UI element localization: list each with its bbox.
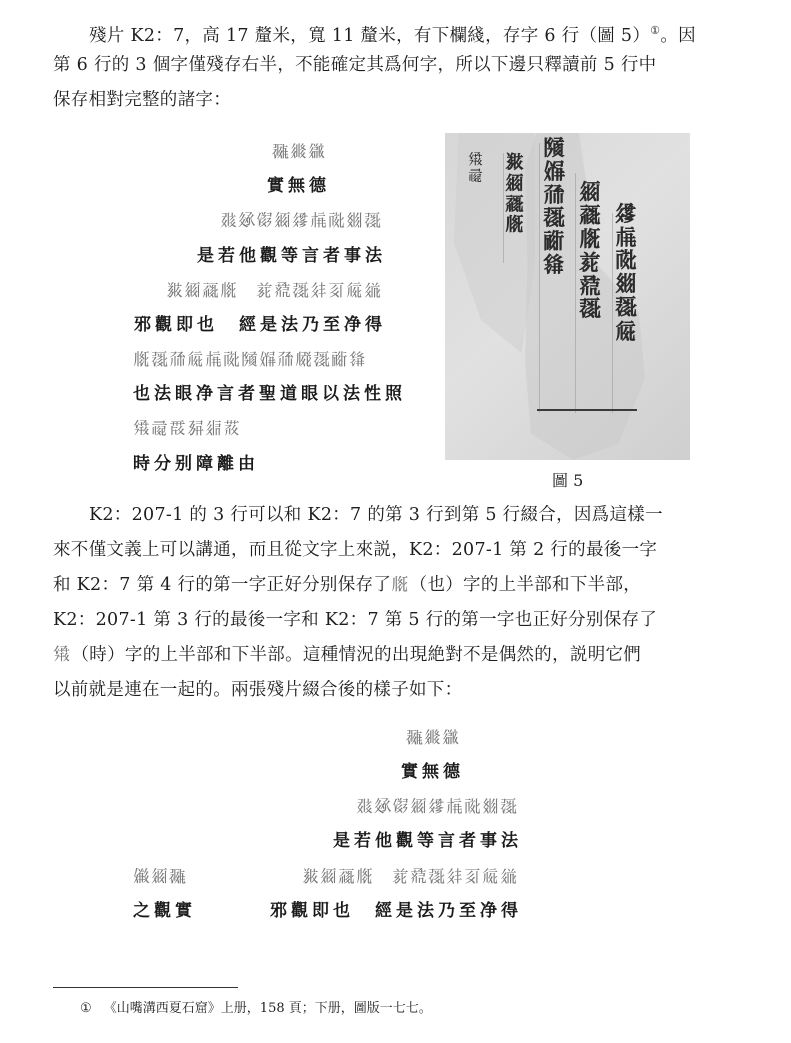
paragraph-1-line-2: 第 6 行的 3 個字僅殘存右半，不能確定其爲何字，所以下邊只釋讀前 5 行中 (53, 48, 693, 83)
chinese-line: 邪觀即也 經是法乃至净得 (130, 314, 386, 336)
tangut-line: 𗖵𗦫𗫡 (130, 141, 326, 163)
tangut-line: 𗖵𗦫𗫡 (250, 727, 460, 749)
tangut-line: 𗋽𗕣𘟀𗉘𗤋𗚛 (133, 418, 241, 440)
tangut-char: 𗅋 (391, 575, 410, 595)
photo-column: 𗥃𗹙𗅋𗐱𘟣𗖰 (577, 179, 602, 320)
chinese-line: 實無德 (130, 175, 330, 197)
column-rule (539, 143, 540, 413)
paragraph-1: 殘片 K2：7，高 17 釐米，寬 11 釐米，有下欄綫，存字 6 行（圖 5）… (53, 13, 693, 118)
tangut-line: 𗅋𗖰𗗙𗏁𗍫𗍺𗂧𗏵𗗙𗆧𗖰𗠁𗌭 (133, 349, 367, 371)
photo-column: 𗂧𗏵𗗙𗖰𗠁𗌭 (541, 135, 566, 276)
footnote-marker: ① (80, 1001, 92, 1016)
chinese-line: 也法眼净言者聖道眼以法性照 (133, 383, 406, 405)
chinese-line: 是若他觀等言者事法 (130, 245, 386, 267)
chinese-line: 時分别障離由 (133, 453, 259, 475)
paragraph-2-line-6: 以前就是連在一起的。兩張殘片綴合後的樣子如下： (53, 673, 693, 708)
chinese-line: 是若他觀等言者事法 (250, 830, 522, 852)
paragraph-2: K2：207-1 的 3 行可以和 K2：7 的第 3 行到第 5 行綴合，因爲… (53, 498, 693, 708)
footnote-divider (53, 987, 238, 988)
text-span: （也）字的上半部和下半部， (410, 575, 641, 595)
paragraph-1-line-1: 殘片 K2：7，高 17 釐米，寬 11 釐米，有下欄綫，存字 6 行（圖 5）… (53, 13, 693, 48)
text-span: 。因 (660, 26, 696, 46)
chinese-line: 實無德 (250, 761, 464, 783)
paragraph-2-line-1: K2：207-1 的 3 行可以和 K2：7 的第 3 行到第 5 行綴合，因爲… (53, 498, 693, 533)
footnote: ① 《山嘴溝西夏石窟》上册，158 頁；下册，圖版一七七。 (80, 997, 432, 1016)
photo-column: 𗧘𗍫𗍺𗾞𗖰𗏁 (613, 201, 638, 342)
text-span: （時） (72, 645, 125, 665)
tangut-line: 𗯴𗥃𗹙𗅋 𗐱𘟣𗖰𗢳𘈩𗏁𗥤 (250, 866, 518, 888)
paragraph-2-line-3: 和 K2：7 第 4 行的第一字正好分别保存了𗅋（也）字的上半部和下半部， (53, 568, 693, 603)
tangut-line-left: 𗏹𗥃𗖵 (133, 866, 187, 888)
chinese-line-left: 之觀實 (133, 900, 196, 922)
text-span: 字的上半部和下半部。這種情況的出現絶對不是偶然的，説明它們 (125, 645, 641, 665)
tangut-line: 𗯴𗥃𗹙𗅋 𗐱𘟣𗖰𗢳𘈩𗏁𗥤 (130, 280, 382, 302)
chinese-line: 邪觀即也 經是法乃至净得 (250, 900, 522, 922)
text-span: 殘片 K2：7，高 17 釐米，寬 11 釐米，有下欄綫，存字 6 行（圖 5） (89, 26, 650, 46)
photo-column: 𗋽𗕣 (467, 151, 485, 184)
bottom-border-line (537, 409, 637, 411)
paragraph-2-line-5: 𗋽（時）字的上半部和下半部。這種情況的出現絶對不是偶然的，説明它們 (53, 638, 693, 673)
text-span: 和 K2：7 第 4 行的第一字正好分别保存了 (53, 575, 391, 595)
tangut-line: 𘅍𗫻𗃮𗥃𗧘𗍫𗍺𗾞𗖰 (250, 796, 518, 818)
figure-5-photo: 𗂧𗏵𗗙𗖰𗠁𗌭 𗥃𗹙𗅋𗐱𘟣𗖰 𗧘𗍫𗍺𗾞𗖰𗏁 𗯴𗥃𗹙𗅋 𗋽𗕣 (445, 133, 690, 460)
tangut-line: 𘅍𗫻𗃮𗥃𗧘𗍫𗍺𗾞𗖰 (130, 210, 382, 232)
figure-caption: 圖 5 (552, 468, 583, 491)
footnote-ref[interactable]: ① (650, 24, 660, 37)
photo-column: 𗯴𗥃𗹙𗅋 (503, 151, 525, 233)
footnote-text: 《山嘴溝西夏石窟》上册，158 頁；下册，圖版一七七。 (104, 1001, 432, 1016)
paragraph-2-line-2: 來不僅文義上可以講通，而且從文字上來説，K2：207-1 第 2 行的最後一字 (53, 533, 693, 568)
paragraph-1-line-3: 保存相對完整的諸字： (53, 83, 693, 118)
column-rule (575, 173, 576, 413)
tangut-char: 𗋽 (53, 645, 72, 665)
paragraph-2-line-4: K2：207-1 第 3 行的最後一字和 K2：7 第 5 行的第一字也正好分别… (53, 603, 693, 638)
